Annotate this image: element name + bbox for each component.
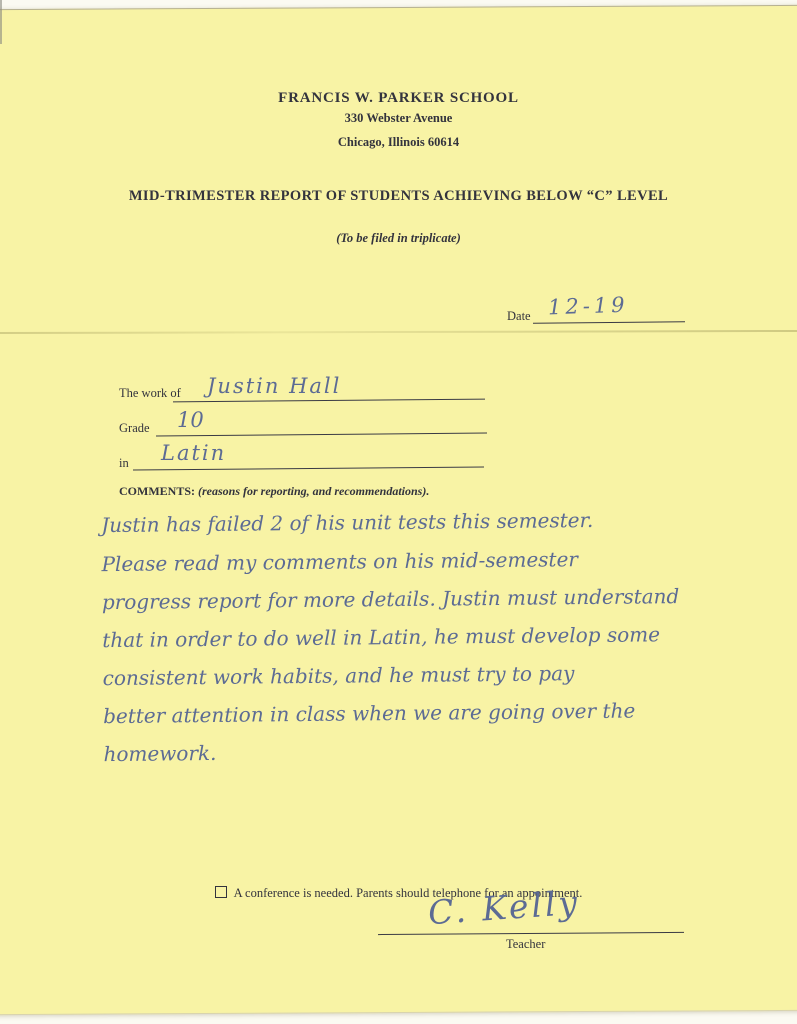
conference-checkbox: [215, 886, 227, 898]
teacher-label: Teacher: [506, 937, 545, 952]
comment-line: consistent work habits, and he must try …: [103, 661, 768, 688]
comment-line: homework.: [103, 737, 768, 764]
comment-line: Please read my comments on his mid-semes…: [101, 547, 766, 574]
comment-line: Justin has failed 2 of his unit tests th…: [101, 508, 766, 535]
comment-line: progress report for more details. Justin…: [102, 585, 767, 612]
conference-note-row: A conference is needed. Parents should t…: [0, 886, 797, 901]
scanned-report-page: FRANCIS W. PARKER SCHOOL 330 Webster Ave…: [0, 0, 797, 1024]
comment-line: better attention in class when we are go…: [103, 699, 768, 726]
comment-line: that in order to do well in Latin, he mu…: [102, 623, 767, 650]
comments-body: Justin has failed 2 of his unit tests th…: [0, 0, 797, 1024]
